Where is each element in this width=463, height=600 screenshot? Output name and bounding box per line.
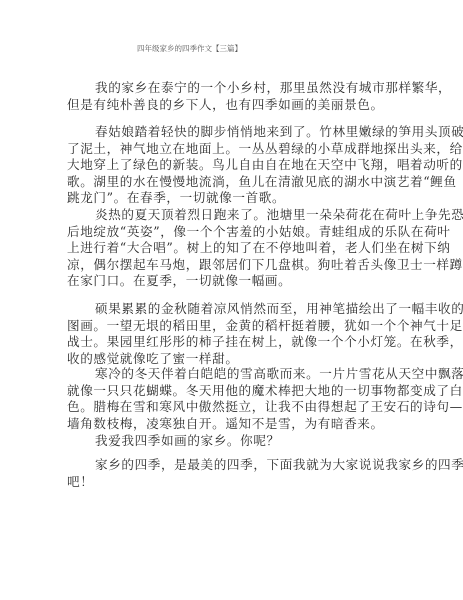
text-line: 我的家乡在泰宁的一个小乡村，那里虽然没有城市那样繁华， <box>67 80 397 97</box>
paragraph-summer: 炎热的夏天顶着烈日跑来了。池塘里一朵朵荷花在荷叶上争先恐 后地绽放“英姿”，像一… <box>67 207 397 290</box>
text-line: 春姑娘踏着轻快的脚步悄悄地来到了。竹林里嫩绿的笋用头顶破 <box>67 124 397 141</box>
text-line: 了泥土，神气地立在地面上。一丛丛碧绿的小草成群地探出头来，给 <box>67 141 397 158</box>
text-line: 后地绽放“英姿”，像一个个害羞的小姑娘。青蛙组成的乐队在荷叶 <box>67 224 397 241</box>
text-line: 吧！ <box>67 474 397 491</box>
text-line: 跳龙门”。在春季，一切就像一首歌。 <box>67 190 397 207</box>
paragraph-autumn: 硕果累累的金秋随着凉风悄然而至，用神笔描绘出了一幅丰收的 图画。一望无垠的稻田里… <box>67 301 397 367</box>
text-line: 凉，偶尔摆起车马炮，跟邻居们下几盘棋。狗吐着舌头像卫士一样蹲 <box>67 257 397 274</box>
text-line: 就像一只只花蝴蝶。冬天用他的魔术棒把大地的一切事物都变成了白 <box>67 383 397 400</box>
text-line: 战士。果园里红彤彤的柿子挂在树上，就像一个个小灯笼。在秋季， 丰 <box>67 334 397 351</box>
paragraph-love: 我爱我四季如画的家乡。你呢？ <box>67 433 397 450</box>
paragraph-winter: 寒冷的冬天伴着白皑皑的雪高歌而来。一片片雪花从天空中飘落， 就像一只只花蝴蝶。冬… <box>67 366 397 432</box>
text-line: 硕果累累的金秋随着凉风悄然而至，用神笔描绘出了一幅丰收的 <box>67 301 397 318</box>
text-line: 家乡的四季，是最美的四季，下面我就为大家说说我家乡的四季 <box>67 457 397 474</box>
paragraph-intro: 我的家乡在泰宁的一个小乡村，那里虽然没有城市那样繁华， 但是有纯朴善良的乡下人，… <box>67 80 397 113</box>
text-line: 我爱我四季如画的家乡。你呢？ <box>67 433 397 450</box>
text-line: 墙角数枝梅，凌寒独自开。遥知不是雪，为有暗香来。 <box>67 416 397 433</box>
text-line: 收的感觉就像吃了蜜一样甜。 <box>67 351 397 368</box>
text-line: 歌。湖里的水在慢慢地流淌，鱼儿在清澈见底的湖水中演艺着“鲤鱼 <box>67 174 397 191</box>
text-line: 上进行着“大合唱”。树上的知了在不停地叫着，老人们坐在树下纳 <box>67 240 397 257</box>
text-line: 炎热的夏天顶着烈日跑来了。池塘里一朵朵荷花在荷叶上争先恐 <box>67 207 397 224</box>
text-line: 但是有纯朴善良的乡下人，也有四季如画的美丽景色。 <box>67 97 397 114</box>
text-line: 色。腊梅在雪和寒风中傲然挺立，让我不由得想起了王安石的诗句— — <box>67 399 397 416</box>
text-line: 在家门口。在夏季，一切就像一幅画。 <box>67 273 397 290</box>
text-line: 寒冷的冬天伴着白皑皑的雪高歌而来。一片片雪花从天空中飘落， <box>67 366 397 383</box>
text-line: 大地穿上了绿色的新装。鸟儿自由自在地在天空中飞翔，唱着动听的 <box>67 157 397 174</box>
document-title: 四年级家乡的四季作文【三篇】 <box>137 44 242 54</box>
paragraph-closing: 家乡的四季，是最美的四季，下面我就为大家说说我家乡的四季 吧！ <box>67 457 397 490</box>
text-line: 图画。一望无垠的稻田里，金黄的稻杆挺着腰，犹如一个个神气十足 的 <box>67 318 397 335</box>
paragraph-spring: 春姑娘踏着轻快的脚步悄悄地来到了。竹林里嫩绿的笋用头顶破 了泥土，神气地立在地面… <box>67 124 397 207</box>
